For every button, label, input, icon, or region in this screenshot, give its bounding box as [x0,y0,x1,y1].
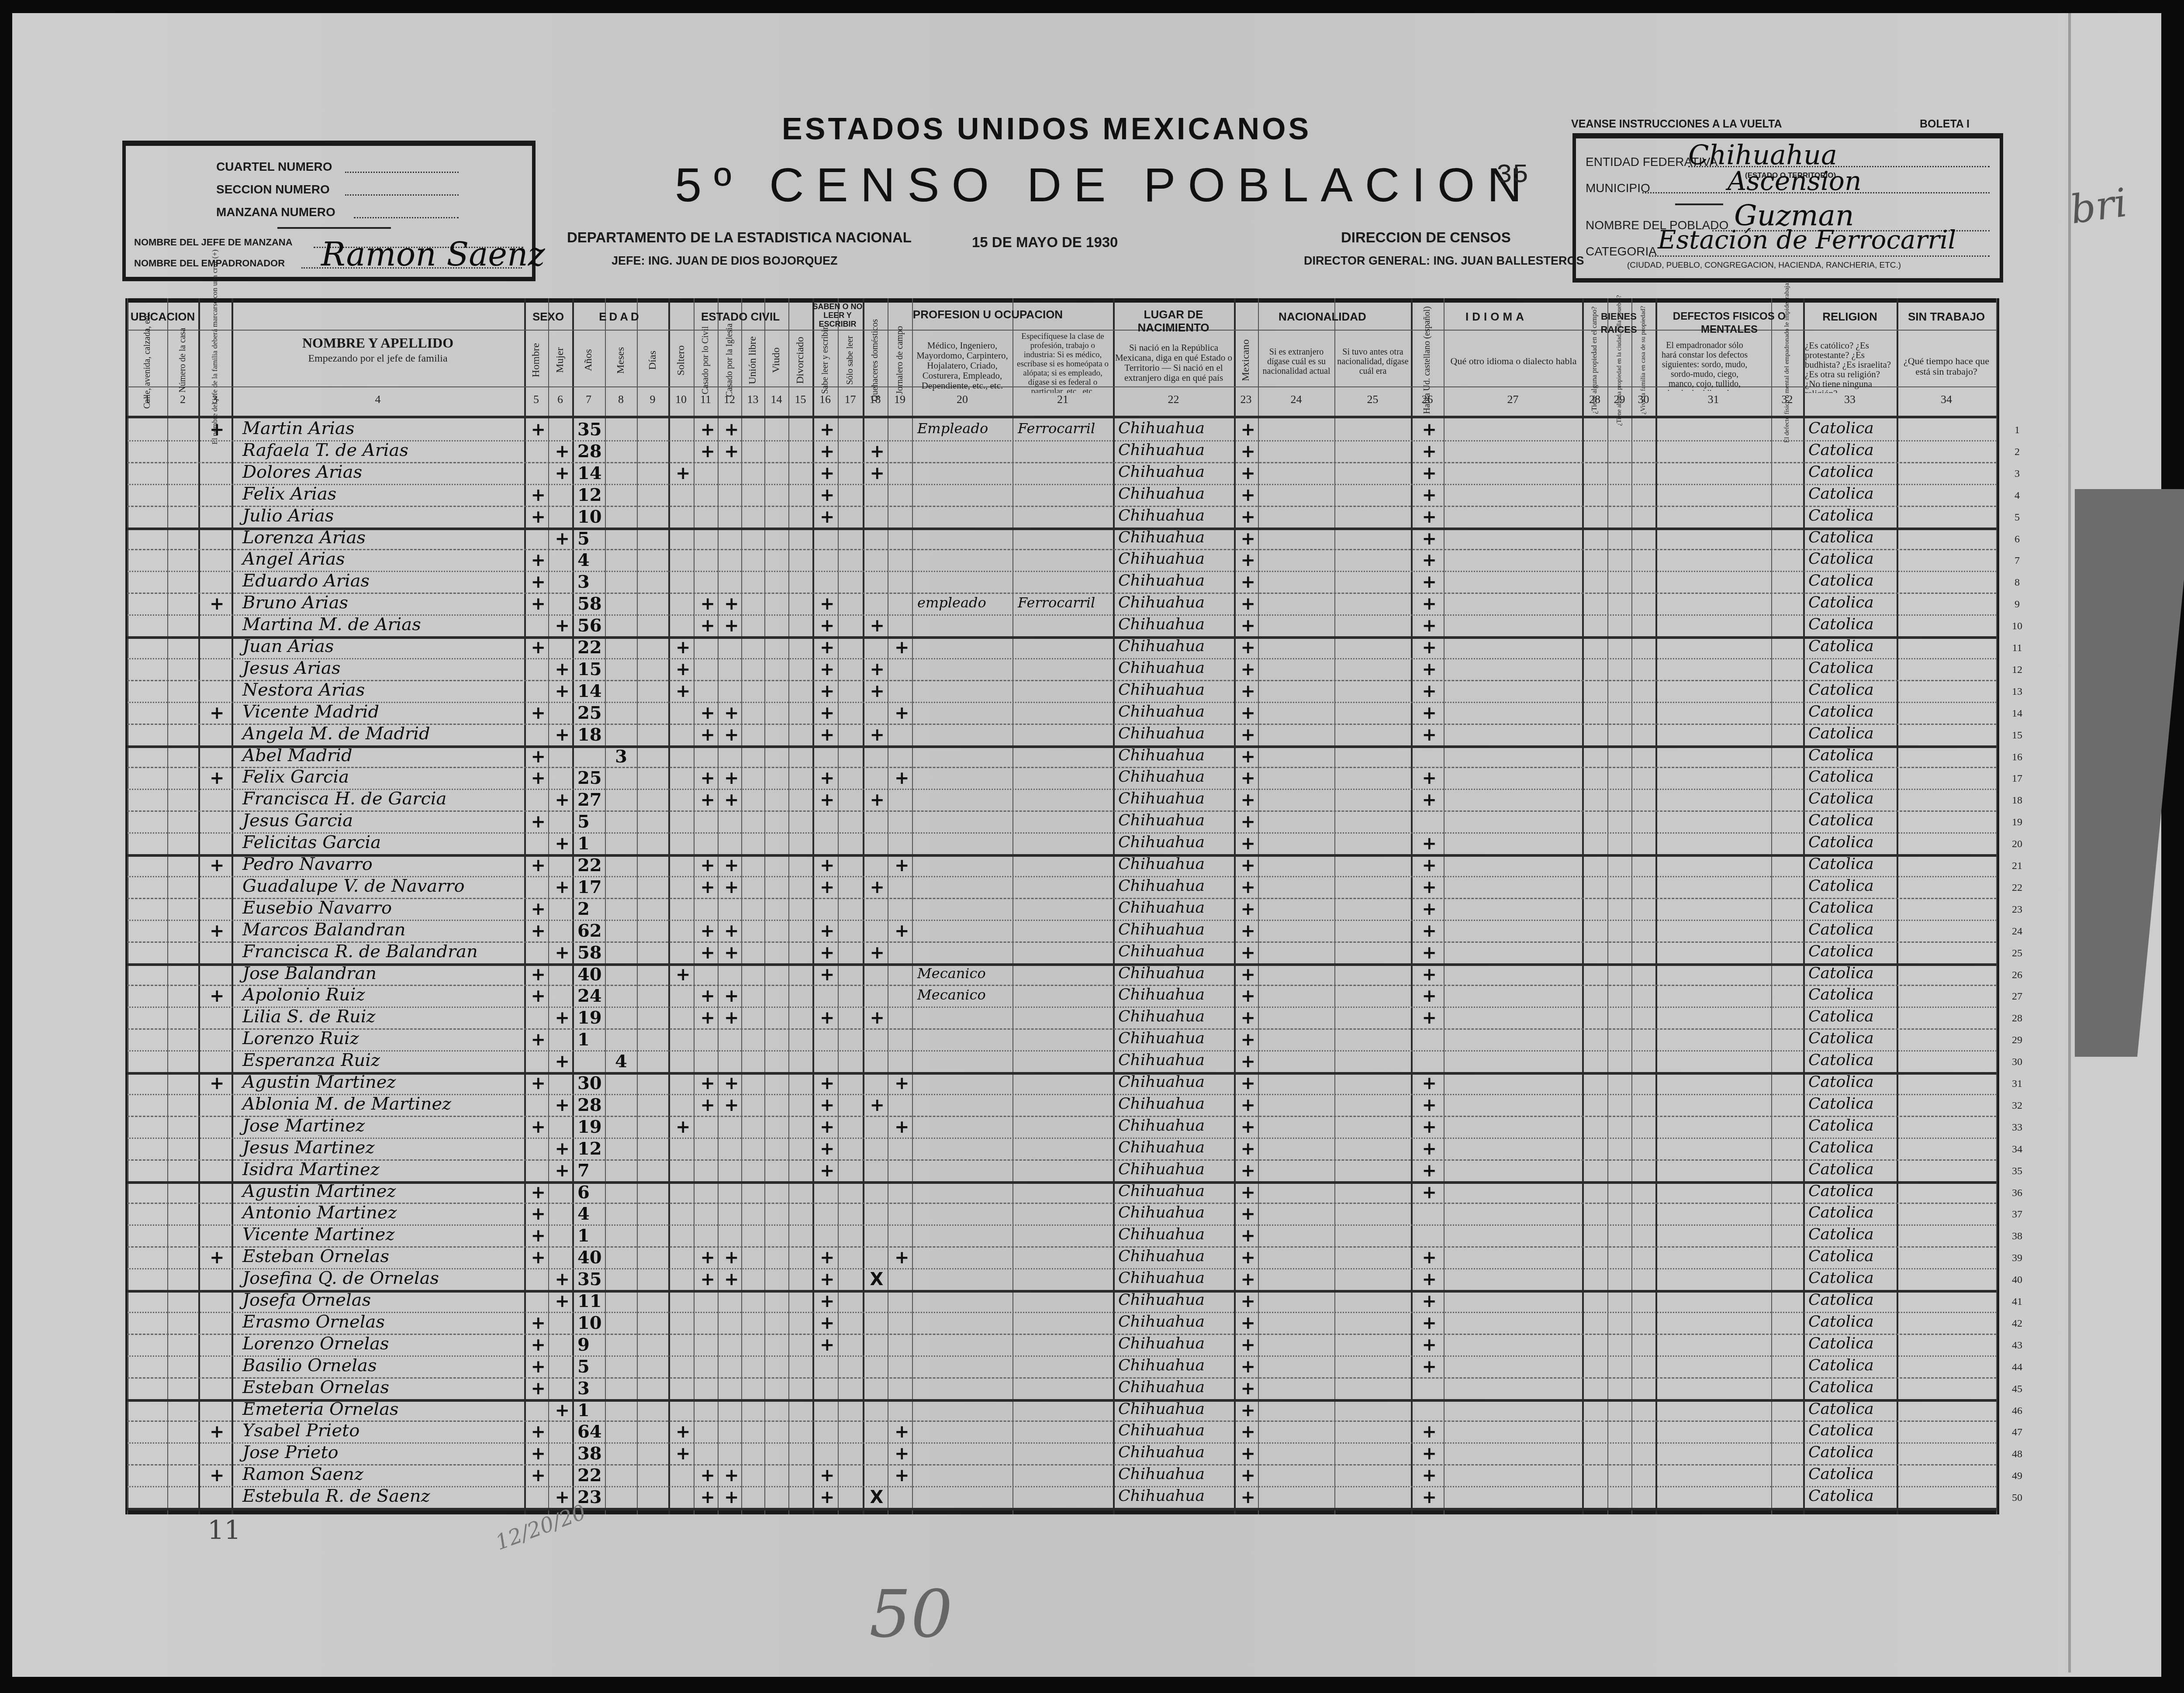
mexicano-mark: + [1241,769,1256,787]
header-idioma: IDIOMA [1411,310,1582,323]
row-number: 23 [2008,904,2026,916]
sexo-hombre-mark: + [531,421,546,438]
age-years: 22 [577,637,602,658]
mexicano-mark: + [1241,1096,1256,1114]
birthplace: Chihuahua [1118,1203,1205,1221]
column-number: 28 [1582,393,1607,406]
table-row[interactable] [127,811,1997,833]
jefe-manzana-label: NOMBRE DEL JEFE DE MANZANA [134,237,293,248]
table-row[interactable] [127,1225,1997,1247]
table-row[interactable] [127,768,1997,790]
sexo-mujer-mark: + [555,1096,570,1114]
birthplace: Chihuahua [1118,659,1205,677]
religion: Catolica [1808,1182,1874,1200]
mexicano-mark: + [1241,1205,1256,1223]
sabe-leer-mark: + [820,726,835,744]
head-of-family-mark: + [210,421,225,438]
sheet-number: 35 [1496,159,1528,190]
table-row[interactable] [127,1356,1997,1378]
table-row[interactable] [127,485,1997,507]
age-years: 27 [577,790,602,810]
person-name: Jose Prieto [242,1442,339,1462]
quehaceres-mark: + [870,879,885,896]
birthplace: Chihuahua [1118,1182,1205,1200]
habla-castellano-mark: + [1422,987,1437,1005]
sexo-mujer-mark: + [555,683,570,700]
cuartel-field[interactable] [345,172,459,173]
religion: Catolica [1808,1160,1874,1178]
habla-castellano-mark: + [1422,900,1437,918]
subheader-defecto-impide: El defecto físico o mental del empadrona… [1771,332,1803,389]
table-row[interactable] [127,964,1997,986]
subheader-religion-desc: ¿Es católico? ¿Es protestante? ¿Es budhi… [1805,341,1895,393]
sabe-leer-mark: + [820,966,835,983]
table-row[interactable] [127,1138,1997,1160]
table-row[interactable] [127,463,1997,485]
column-number: 18 [863,393,888,406]
row-number: 16 [2008,752,2026,763]
age-years: 10 [577,1313,602,1333]
religion: Catolica [1808,681,1874,699]
person-name: Lorenza Arias [242,528,366,548]
person-name: Jesus Garcia [242,810,353,831]
religion: Catolica [1808,1465,1874,1483]
habla-castellano-mark: + [1422,857,1437,874]
header-profesion: PROFESION U OCUPACION [863,308,1113,321]
birthplace: Chihuahua [1118,942,1205,960]
age-years: 4 [577,550,590,570]
table-row[interactable] [127,659,1997,681]
habla-castellano-mark: + [1422,421,1437,438]
row-number: 34 [2008,1144,2026,1155]
subheader-extranjero: Si es extranjero dígase cuál es su nacio… [1260,347,1333,386]
column-number: 11 [694,393,718,406]
sexo-hombre-mark: + [531,1358,546,1376]
occupation-class: Ferrocarril [1018,594,1095,611]
subheader-propiedad-campo: ¿Tiene alguna propiedad en el campo? [1582,332,1607,389]
person-name: Jose Martinez [242,1116,365,1136]
subheader-casa-propia: ¿Vive la familia en casa de su propiedad… [1631,332,1655,389]
religion: Catolica [1808,1443,1874,1461]
table-row[interactable] [127,1378,1997,1400]
row-number: 33 [2008,1122,2026,1134]
birthplace: Chihuahua [1118,572,1205,590]
header-nombre: NOMBRE Y APELLIDO [232,336,524,349]
subheader-numero-casa: Número de la casa [167,332,198,389]
table-row[interactable] [127,681,1997,703]
person-name: Angela M. de Madrid [242,724,430,744]
subheader-otro-idioma: Qué otro idioma o dialecto habla [1450,356,1577,382]
mexicano-mark: + [1241,1314,1256,1332]
estado-civil-mark: + [701,1075,715,1092]
table-row[interactable] [127,550,1997,572]
column-number: 4 [232,393,524,406]
subheader-propiedad-ciudad: ¿Tiene alguna propiedad en la ciudad, vi… [1607,332,1631,389]
sexo-hombre-mark: + [531,1467,546,1484]
estado-civil-mark: + [676,1445,691,1462]
sabe-leer-mark: + [820,1009,835,1027]
religion: Catolica [1808,1400,1874,1418]
table-row[interactable] [127,1051,1997,1073]
sabe-leer-mark: + [820,1336,835,1354]
census-title: 5º CENSO DE POBLACION [675,157,1534,213]
row-number: 19 [2008,817,2026,828]
mexicano-mark: + [1241,1227,1256,1245]
mexicano-mark: + [1241,1293,1256,1310]
quehaceres-mark: X [870,1489,884,1506]
sabe-leer-mark: + [820,443,835,460]
birthplace: Chihuahua [1118,1378,1205,1396]
estado-civil-mark: + [676,465,691,482]
subheader-mujer: Mujer [548,332,572,389]
person-name: Ramon Saenz [242,1464,363,1484]
habla-castellano-mark: + [1422,530,1437,548]
table-row[interactable] [127,1182,1997,1204]
person-name: Jose Balandran [242,963,377,983]
habla-castellano-mark: + [1422,791,1437,809]
birthplace: Chihuahua [1118,1291,1205,1309]
religion: Catolica [1808,1029,1874,1047]
habla-castellano-mark: + [1422,835,1437,852]
birthplace: Chihuahua [1118,528,1205,546]
column-number: 2 [167,393,198,406]
age-years: 58 [577,593,602,614]
religion: Catolica [1808,1313,1874,1331]
jornalero-mark: + [895,1118,909,1136]
estado-civil-mark: + [724,857,739,874]
column-number: 16 [812,393,838,406]
age-years: 24 [577,986,602,1006]
age-years: 3 [577,1378,590,1399]
jornalero-mark: + [895,1075,909,1092]
birthplace: Chihuahua [1118,986,1205,1003]
subheader-defectos-desc: El empadronador sólo hará constar los de… [1658,341,1752,391]
sabe-leer-mark: + [820,595,835,613]
instructions-note: VEANSE INSTRUCCIONES A LA VUELTA [1571,118,1782,131]
estado-civil-mark: + [701,1489,715,1506]
person-name: Nestora Arias [242,680,365,700]
sexo-mujer-mark: + [555,1053,570,1070]
row-number: 3 [2008,468,2026,480]
subheader-meses: Meses [605,332,637,389]
estado-civil-mark: + [724,987,739,1005]
habla-castellano-mark: + [1422,1118,1437,1136]
mexicano-mark: + [1241,595,1256,613]
birthplace: Chihuahua [1118,1160,1205,1178]
direction-label: DIRECCION DE CENSOS [1341,229,1511,246]
habla-castellano-mark: + [1422,1009,1437,1027]
table-row[interactable] [127,1160,1997,1182]
row-number: 22 [2008,882,2026,894]
estado-civil-mark: + [676,1118,691,1136]
table-row[interactable] [127,1203,1997,1225]
age-years: 11 [577,1291,602,1311]
estado-civil-mark: + [701,704,715,722]
mexicano-mark: + [1241,922,1256,940]
religion: Catolica [1808,1487,1874,1505]
row-number: 31 [2008,1078,2026,1090]
age-years: 4 [577,1203,590,1224]
birthplace: Chihuahua [1118,790,1205,807]
sabe-leer-mark: + [820,1140,835,1158]
sexo-mujer-mark: + [555,791,570,809]
mexicano-mark: + [1241,857,1256,874]
subheader-habla-castellano: Habla Ud. castellano (español) [1411,332,1444,389]
birthplace: Chihuahua [1118,1225,1205,1243]
table-row[interactable] [127,1334,1997,1356]
sexo-hombre-mark: + [531,639,546,656]
estado-civil-mark: + [701,1271,715,1288]
birthplace: Chihuahua [1118,833,1205,851]
person-name: Lilia S. de Ruiz [242,1007,376,1027]
habla-castellano-mark: + [1422,1336,1437,1354]
row-number: 14 [2008,708,2026,720]
subheader-divorciado: Divorciado [788,332,812,389]
column-number: 10 [668,393,694,406]
age-years: 10 [577,507,602,527]
quehaceres-mark: + [870,661,885,678]
sabe-leer-mark: + [820,1293,835,1310]
subheader-union-libre: Unión libre [741,332,764,389]
estado-civil-mark: + [701,922,715,940]
mexicano-mark: + [1241,1184,1256,1201]
sexo-hombre-mark: + [531,987,546,1005]
person-name: Erasmo Ornelas [242,1312,385,1332]
estado-civil-mark: + [701,791,715,809]
person-name: Francisca H. de Garcia [242,789,446,809]
row-number: 26 [2008,969,2026,981]
table-row[interactable] [127,1443,1997,1465]
row-number: 41 [2008,1296,2026,1308]
column-number: 9 [637,393,668,406]
religion: Catolica [1808,899,1874,917]
table-row[interactable] [127,637,1997,659]
habla-castellano-mark: + [1422,617,1437,634]
table-row[interactable] [127,1073,1997,1095]
table-row[interactable] [127,1421,1997,1443]
table-row[interactable] [127,833,1997,855]
row-number: 38 [2008,1231,2026,1242]
birthplace: Chihuahua [1118,463,1205,481]
table-row[interactable] [127,1465,1997,1487]
subheader-anos: Años [572,332,605,389]
religion: Catolica [1808,1203,1874,1221]
row-number: 2 [2008,446,2026,458]
row-number: 44 [2008,1362,2026,1373]
sexo-mujer-mark: + [555,1009,570,1027]
birthplace: Chihuahua [1118,550,1205,568]
mexicano-mark: + [1241,486,1256,504]
birthplace: Chihuahua [1118,1400,1205,1418]
subheader-jornalero: Jornalero de campo [888,332,912,389]
birthplace: Chihuahua [1118,855,1205,873]
seccion-field[interactable] [345,194,459,196]
table-row[interactable] [127,746,1997,768]
religion: Catolica [1808,1291,1874,1309]
quehaceres-mark: + [870,683,885,700]
row-number: 27 [2008,991,2026,1003]
religion: Catolica [1808,703,1874,721]
sexo-hombre-mark: + [531,922,546,940]
column-number: 33 [1803,393,1897,406]
person-name: Guadalupe V. de Navarro [242,876,465,896]
table-row[interactable] [127,1007,1997,1029]
row-number: 5 [2008,512,2026,524]
habla-castellano-mark: + [1422,1467,1437,1484]
religion: Catolica [1808,659,1874,677]
sexo-hombre-mark: + [531,1184,546,1201]
table-row[interactable] [127,507,1997,528]
age-years: 2 [577,899,590,919]
table-row[interactable] [127,1029,1997,1051]
age-years: 19 [577,1007,602,1028]
header-saben: SABEN O NO LEER Y ESCRIBIR [812,302,863,328]
age-years: 58 [577,942,602,963]
birthplace: Chihuahua [1118,1465,1205,1483]
table-row[interactable] [127,1400,1997,1422]
person-name: Basilio Ornelas [242,1355,377,1376]
table-row[interactable] [127,855,1997,877]
religion: Catolica [1808,1117,1874,1134]
manzana-label: MANZANA NUMERO [216,205,335,219]
mexicano-mark: + [1241,1118,1256,1136]
religion: Catolica [1808,724,1874,742]
mexicano-mark: + [1241,1423,1256,1441]
sexo-mujer-mark: + [555,661,570,678]
age-years: 7 [577,1160,590,1181]
age-years: 1 [577,1225,590,1246]
table-row[interactable] [127,921,1997,942]
age-years: 9 [577,1334,590,1355]
sexo-mujer-mark: + [555,1402,570,1419]
subheader-lugar-desc: Si nació en la República Mexicana, diga … [1115,343,1233,391]
header-religion: RELIGION [1803,310,1897,323]
religion: Catolica [1808,1051,1874,1069]
jornalero-mark: + [895,639,909,656]
categoria-field[interactable] [1649,255,1990,257]
estado-civil-mark: + [724,421,739,438]
quehaceres-mark: + [870,726,885,744]
form-id: BOLETA I [1920,118,1970,131]
manzana-field[interactable] [354,217,459,218]
mexicano-mark: + [1241,465,1256,482]
table-row[interactable] [127,528,1997,550]
estado-civil-mark: + [724,1009,739,1027]
mexicano-mark: + [1241,617,1256,634]
person-name: Agustin Martinez [242,1072,396,1092]
habla-castellano-mark: + [1422,1162,1437,1179]
municipio-value: Ascension [1728,166,1862,197]
table-row[interactable] [127,986,1997,1007]
page-total: 50 [869,1576,953,1652]
habla-castellano-mark: + [1422,443,1437,460]
religion: Catolica [1808,507,1874,524]
estado-civil-mark: + [701,421,715,438]
jornalero-mark: + [895,922,909,940]
mexicano-mark: + [1241,1467,1256,1484]
person-name: Esteban Ornelas [242,1246,389,1266]
estado-civil-mark: + [701,879,715,896]
person-name: Francisca R. de Balandran [242,941,478,962]
religion: Catolica [1808,1007,1874,1025]
age-years: 14 [577,463,602,483]
birthplace: Chihuahua [1118,1487,1205,1505]
quehaceres-mark: X [870,1271,884,1288]
column-number: 23 [1234,393,1258,406]
column-number: 29 [1607,393,1631,406]
table-row[interactable] [127,899,1997,921]
sexo-mujer-mark: + [555,879,570,896]
quehaceres-mark: + [870,1096,885,1114]
empadronador-label: NOMBRE DEL EMPADRONADOR [134,258,285,269]
religion: Catolica [1808,615,1874,633]
table-row[interactable] [127,1247,1997,1269]
row-number: 43 [2008,1340,2026,1352]
table-row[interactable] [127,1313,1997,1334]
person-name: Josefina Q. de Ornelas [242,1268,439,1288]
column-number: 6 [548,393,572,406]
row-number: 13 [2008,686,2026,698]
director-label: DIRECTOR GENERAL: ING. JUAN BALLESTEROS [1304,254,1584,268]
person-name: Juan Arias [242,636,334,656]
table-row[interactable] [127,572,1997,593]
habla-castellano-mark: + [1422,944,1437,962]
birthplace: Chihuahua [1118,964,1205,982]
person-name: Josefa Ornelas [242,1290,371,1310]
jornalero-mark: + [895,704,909,722]
table-row[interactable] [127,1117,1997,1138]
age-years: 38 [577,1443,602,1464]
jornalero-mark: + [895,1445,909,1462]
sexo-hombre-mark: + [531,769,546,787]
sexo-hombre-mark: + [531,900,546,918]
habla-castellano-mark: + [1422,1140,1437,1158]
mexicano-mark: + [1241,944,1256,962]
occupation: Mecanico [917,986,986,1003]
estado-civil-mark: + [676,661,691,678]
margin-annotation: bri [2067,180,2130,233]
row-number: 35 [2008,1165,2026,1177]
religion: Catolica [1808,768,1874,786]
habla-castellano-mark: + [1422,1445,1437,1462]
table-row[interactable] [127,1291,1997,1313]
habla-castellano-mark: + [1422,1184,1437,1201]
birthplace: Chihuahua [1118,637,1205,655]
age-months: 3 [615,746,627,767]
header-ubicacion: UBICACION [127,310,198,323]
row-number: 29 [2008,1034,2026,1046]
age-years: 15 [577,659,602,679]
jornalero-mark: + [895,857,909,874]
religion: Catolica [1808,463,1874,481]
mexicano-mark: + [1241,966,1256,983]
religion: Catolica [1808,855,1874,873]
estado-civil-mark: + [724,1249,739,1266]
sabe-leer-mark: + [820,1249,835,1266]
age-years: 35 [577,1269,602,1290]
habla-castellano-mark: + [1422,879,1437,896]
religion: Catolica [1808,790,1874,807]
mexicano-mark: + [1241,508,1256,526]
age-years: 25 [577,768,602,788]
sabe-leer-mark: + [820,486,835,504]
quehaceres-mark: + [870,443,885,460]
row-number: 12 [2008,664,2026,676]
mexicano-mark: + [1241,552,1256,569]
table-row[interactable] [127,703,1997,724]
sabe-leer-mark: + [820,683,835,700]
head-of-family-mark: + [210,1249,225,1266]
